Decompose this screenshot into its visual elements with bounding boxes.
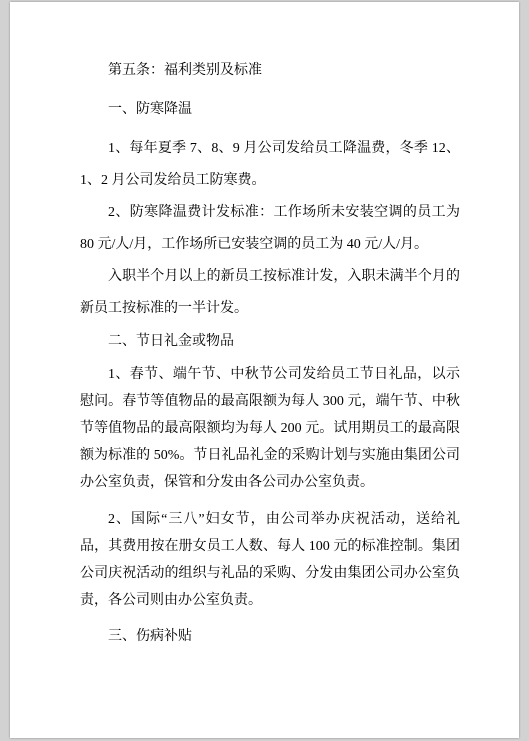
section-heading-2: 二、节日礼金或物品: [80, 326, 460, 358]
document-page: 第五条：福利类别及标准 一、防寒降温 1、每年夏季 7、8、9 月公司发给员工降…: [10, 2, 519, 738]
paragraph: 2、国际“三八”妇女节，由公司举办庆祝活动，送给礼品，其费用按在册女员工人数、每…: [80, 506, 460, 614]
paragraph: 入职半个月以上的新员工按标准计发，入职未满半个月的新员工按标准的一半计发。: [80, 261, 460, 325]
paragraph: 1、春节、端午节、中秋节公司发给员工节日礼品，以示慰问。春节等值物品的最高限额为…: [80, 361, 460, 496]
document-body: 第五条：福利类别及标准 一、防寒降温 1、每年夏季 7、8、9 月公司发给员工降…: [10, 2, 460, 653]
paragraph: 1、每年夏季 7、8、9 月公司发给员工降温费，冬季 12、1、2 月公司发给员…: [80, 133, 460, 197]
document-viewer: 第五条：福利类别及标准 一、防寒降温 1、每年夏季 7、8、9 月公司发给员工降…: [0, 0, 529, 741]
section-heading-3: 三、伤病补贴: [80, 621, 460, 653]
paragraph: 2、防寒降温费计发标准：工作场所未安装空调的员工为 80 元/人/月，工作场所已…: [80, 197, 460, 261]
section-heading-1: 一、防寒降温: [80, 94, 460, 126]
document-heading: 第五条：福利类别及标准: [80, 55, 460, 87]
